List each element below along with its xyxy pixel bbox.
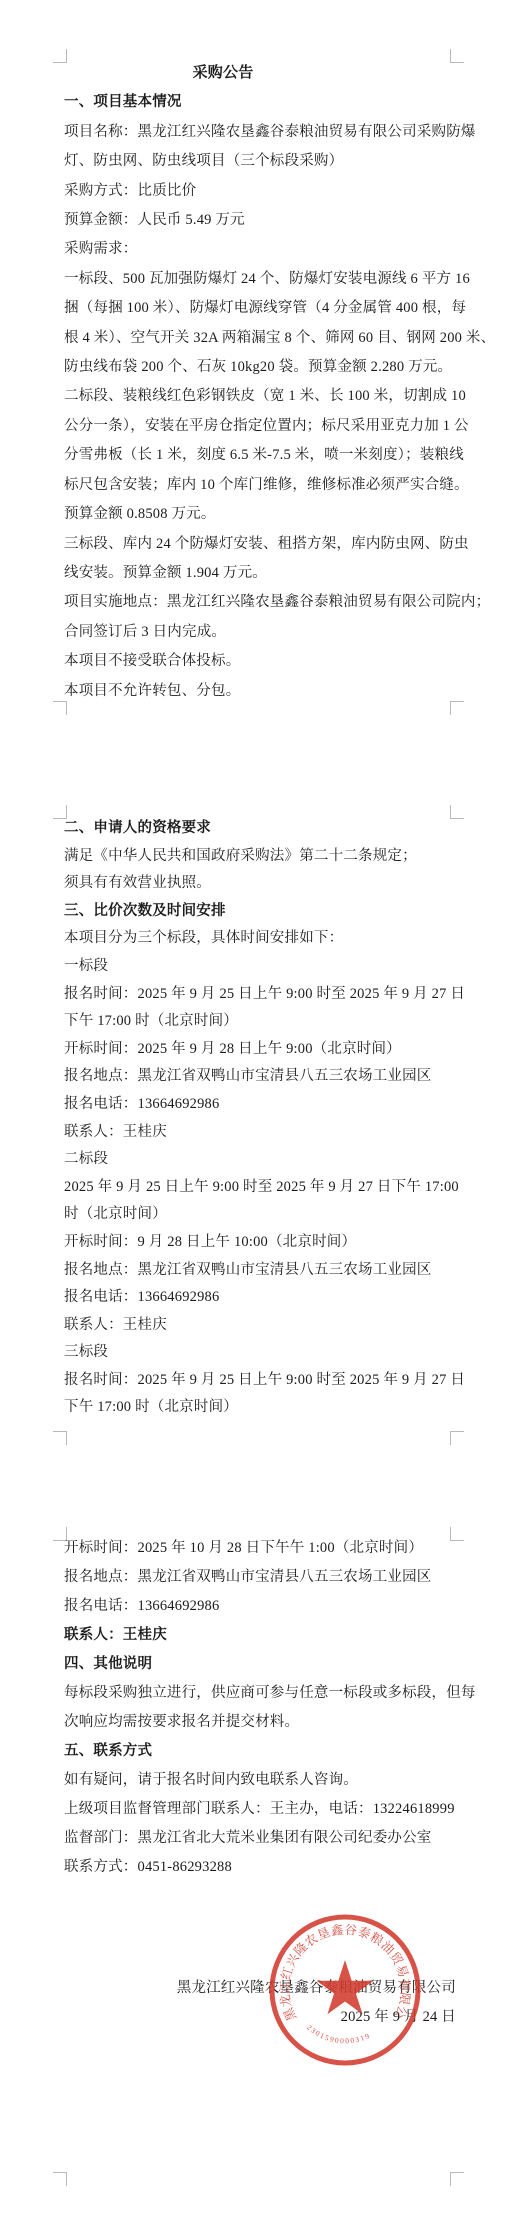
doc-line: 次响应均需按要求报名并提交材料。 (64, 1708, 456, 1737)
doc-line: 根 4 米）、空气开关 32A 两箱漏宝 8 个、筛网 60 目、钢网 200 … (64, 324, 456, 353)
section-heading: 五、联系方式 (64, 1737, 456, 1766)
doc-line: 报名地点：黑龙江省双鸭山市宝清县八五三农场工业园区 (64, 1257, 456, 1285)
section-heading: 四、其他说明 (64, 1650, 456, 1679)
doc-line: 捆（每捆 100 米）、防爆灯电源线穿管（4 分金属管 400 根，每 (64, 294, 456, 323)
doc-line: 2025 年 9 月 25 日上午 9:00 时至 2025 年 9 月 27 … (64, 1174, 456, 1202)
section-heading: 一、项目基本情况 (64, 88, 456, 117)
doc-line: 下午 17:00 时（北京时间） (64, 1008, 456, 1036)
company-seal: 黑龙江红兴隆农垦鑫谷泰粮油贸易有限公司 2301590000319 (265, 1910, 425, 2070)
doc-line: 标尺包含安装；库内 10 个库门维修，维修标准必须严实合缝。 (64, 471, 456, 500)
doc-line: 须具有有效营业执照。 (64, 870, 456, 898)
crop-mark-bottom-right (450, 1431, 464, 1445)
doc-line: 公分一条），安装在平房仓指定位置内；标尺采用亚克力加 1 公 (64, 412, 456, 441)
doc-line: 监督部门：黑龙江省北大荒米业集团有限公司纪委办公室 (64, 1824, 456, 1853)
doc-line: 一标段 (64, 953, 456, 981)
doc-line: 如有疑问，请于报名时间内致电联系人咨询。 (64, 1766, 456, 1795)
doc-line: 采购方式：比质比价 (64, 177, 456, 206)
doc-line: 报名时间：2025 年 9 月 25 日上午 9:00 时至 2025 年 9 … (64, 1367, 456, 1395)
doc-line: 开标时间：2025 年 10 月 28 日下午午 1:00（北京时间） (64, 1534, 456, 1563)
doc-line: 本项目分为三个标段，具体时间安排如下： (64, 925, 456, 953)
document-page-3: 开标时间：2025 年 10 月 28 日下午午 1:00（北京时间） 报名地点… (0, 1477, 514, 2216)
doc-line: 防虫线布袋 200 个、石灰 10kg20 袋。预算金额 2.280 万元。 (64, 353, 456, 382)
doc-line: 报名电话：13664692986 (64, 1592, 456, 1621)
doc-line: 一标段、500 瓦加强防爆灯 24 个、防爆灯安装电源线 6 平方 16 (64, 265, 456, 294)
document-page-2: 二、申请人的资格要求 满足《中华人民共和国政府采购法》第二十二条规定； 须具有有… (0, 739, 514, 1477)
doc-line: 报名时间：2025 年 9 月 25 日上午 9:00 时至 2025 年 9 … (64, 981, 456, 1009)
doc-line: 本项目不接受联合体投标。 (64, 647, 456, 676)
doc-line: 项目实施地点：黑龙江红兴隆农垦鑫谷泰粮油贸易有限公司院内； (64, 588, 456, 617)
section-heading: 三、比价次数及时间安排 (64, 898, 456, 926)
doc-line: 预算金额：人民币 5.49 万元 (64, 206, 456, 235)
doc-line: 二标段、装粮线红色彩钢铁皮（宽 1 米、长 100 米，切割成 10 (64, 382, 456, 411)
doc-line: 开标时间：9 月 28 日上午 10:00（北京时间） (64, 1229, 456, 1257)
doc-line: 下午 17:00 时（北京时间） (64, 1394, 456, 1422)
doc-line: 报名地点：黑龙江省双鸭山市宝清县八五三农场工业园区 (64, 1563, 456, 1592)
doc-line: 分雪弗板（长 1 米，刻度 6.5 米-7.5 米，喷一米刻度）；装粮线 (64, 441, 456, 470)
doc-line: 联系人：王桂庆 (64, 1312, 456, 1340)
doc-line: 项目名称：黑龙江红兴隆农垦鑫谷泰粮油贸易有限公司采购防爆 (64, 118, 456, 147)
doc-line: 满足《中华人民共和国政府采购法》第二十二条规定； (64, 843, 456, 871)
doc-line: 灯、防虫网、防虫线项目（三个标段采购） (64, 147, 456, 176)
doc-line: 线安装。预算金额 1.904 万元。 (64, 559, 456, 588)
doc-line: 时（北京时间） (64, 1201, 456, 1229)
doc-line: 联系人：王桂庆 (64, 1621, 456, 1650)
document-page-1: 采购公告 一、项目基本情况 项目名称：黑龙江红兴隆农垦鑫谷泰粮油贸易有限公司采购… (0, 0, 514, 739)
doc-title: 采购公告 (64, 59, 456, 88)
crop-mark-bottom-left (53, 1431, 67, 1445)
doc-line: 报名电话：13664692986 (64, 1091, 456, 1119)
doc-line: 联系人：王桂庆 (64, 1119, 456, 1147)
doc-line: 三标段、库内 24 个防爆灯安装、租搭方架，库内防虫网、防虫 (64, 530, 456, 559)
doc-line: 每标段采购独立进行，供应商可参与任意一标段或多标段，但每 (64, 1679, 456, 1708)
doc-line: 合同签订后 3 日内完成。 (64, 618, 456, 647)
doc-line: 采购需求： (64, 235, 456, 264)
doc-line: 二标段 (64, 1146, 456, 1174)
crop-mark-bottom-right (450, 2172, 464, 2186)
doc-line: 三标段 (64, 1339, 456, 1367)
star-icon (317, 1960, 374, 2014)
doc-line: 上级项目监督管理部门联系人：王主办，电话：13224618999 (64, 1795, 456, 1824)
doc-line: 报名地点：黑龙江省双鸭山市宝清县八五三农场工业园区 (64, 1063, 456, 1091)
section-heading: 二、申请人的资格要求 (64, 815, 456, 843)
doc-line: 预算金额 0.8508 万元。 (64, 500, 456, 529)
doc-line: 开标时间：2025 年 9 月 28 日上午 9:00（北京时间） (64, 1036, 456, 1064)
seal-serial: 2301590000319 (305, 2023, 372, 2046)
doc-line: 联系方式：0451-86293288 (64, 1853, 456, 1882)
crop-mark-bottom-left (53, 2172, 67, 2186)
doc-line: 本项目不允许转包、分包。 (64, 677, 456, 706)
doc-line: 报名电话：13664692986 (64, 1284, 456, 1312)
